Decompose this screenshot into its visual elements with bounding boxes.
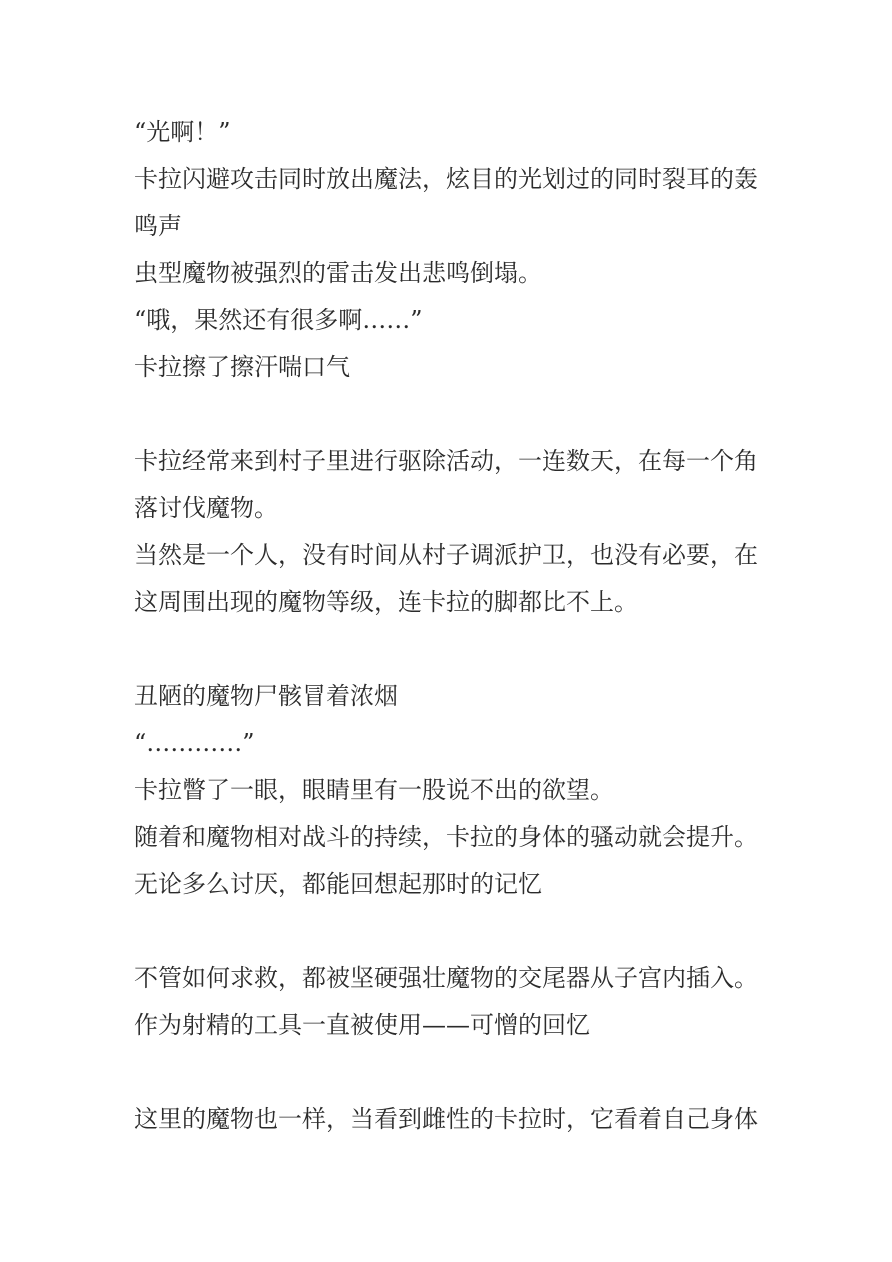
paragraph: 卡拉瞥了一眼，眼睛里有一股说不出的欲望。 [134,767,758,814]
paragraph: 这里的魔物也一样，当看到雌性的卡拉时，它看着自己身体 [134,1096,758,1143]
paragraph: 作为射精的工具一直被使用——可憎的回忆 [134,1002,758,1049]
paragraph: 当然是一个人，没有时间从村子调派护卫，也没有必要，在这周围出现的魔物等级，连卡拉… [134,532,758,626]
paragraph: 丑陋的魔物尸骸冒着浓烟 [134,673,758,720]
paragraph-group: 不管如何求救，都被坚硬强壮魔物的交尾器从子宫内插入。作为射精的工具一直被使用——… [134,955,758,1049]
paragraph: 虫型魔物被强烈的雷击发出悲鸣倒塌。 [134,250,758,297]
paragraph: 无论多么讨厌，都能回想起那时的记忆 [134,861,758,908]
paragraph: 不管如何求救，都被坚硬强壮魔物的交尾器从子宫内插入。 [134,955,758,1002]
paragraph: 卡拉经常来到村子里进行驱除活动，一连数天，在每一个角落讨伐魔物。 [134,438,758,532]
novel-page: “光啊！”卡拉闪避攻击同时放出魔法，炫目的光划过的同时裂耳的轰鸣声虫型魔物被强烈… [0,0,892,1262]
paragraph: “…………” [134,720,758,767]
paragraph-group: 这里的魔物也一样，当看到雌性的卡拉时，它看着自己身体 [134,1096,758,1143]
paragraph-group: 卡拉经常来到村子里进行驱除活动，一连数天，在每一个角落讨伐魔物。当然是一个人，没… [134,438,758,626]
paragraph: “哦，果然还有很多啊……” [134,297,758,344]
paragraph: 卡拉擦了擦汗喘口气 [134,344,758,391]
paragraph-group: “光啊！”卡拉闪避攻击同时放出魔法，炫目的光划过的同时裂耳的轰鸣声虫型魔物被强烈… [134,109,758,391]
paragraph-group: 丑陋的魔物尸骸冒着浓烟“…………”卡拉瞥了一眼，眼睛里有一股说不出的欲望。随着和… [134,673,758,908]
paragraph: “光啊！” [134,109,758,156]
paragraph: 随着和魔物相对战斗的持续，卡拉的身体的骚动就会提升。 [134,814,758,861]
paragraph: 卡拉闪避攻击同时放出魔法，炫目的光划过的同时裂耳的轰鸣声 [134,156,758,250]
text-content: “光啊！”卡拉闪避攻击同时放出魔法，炫目的光划过的同时裂耳的轰鸣声虫型魔物被强烈… [0,0,892,1143]
